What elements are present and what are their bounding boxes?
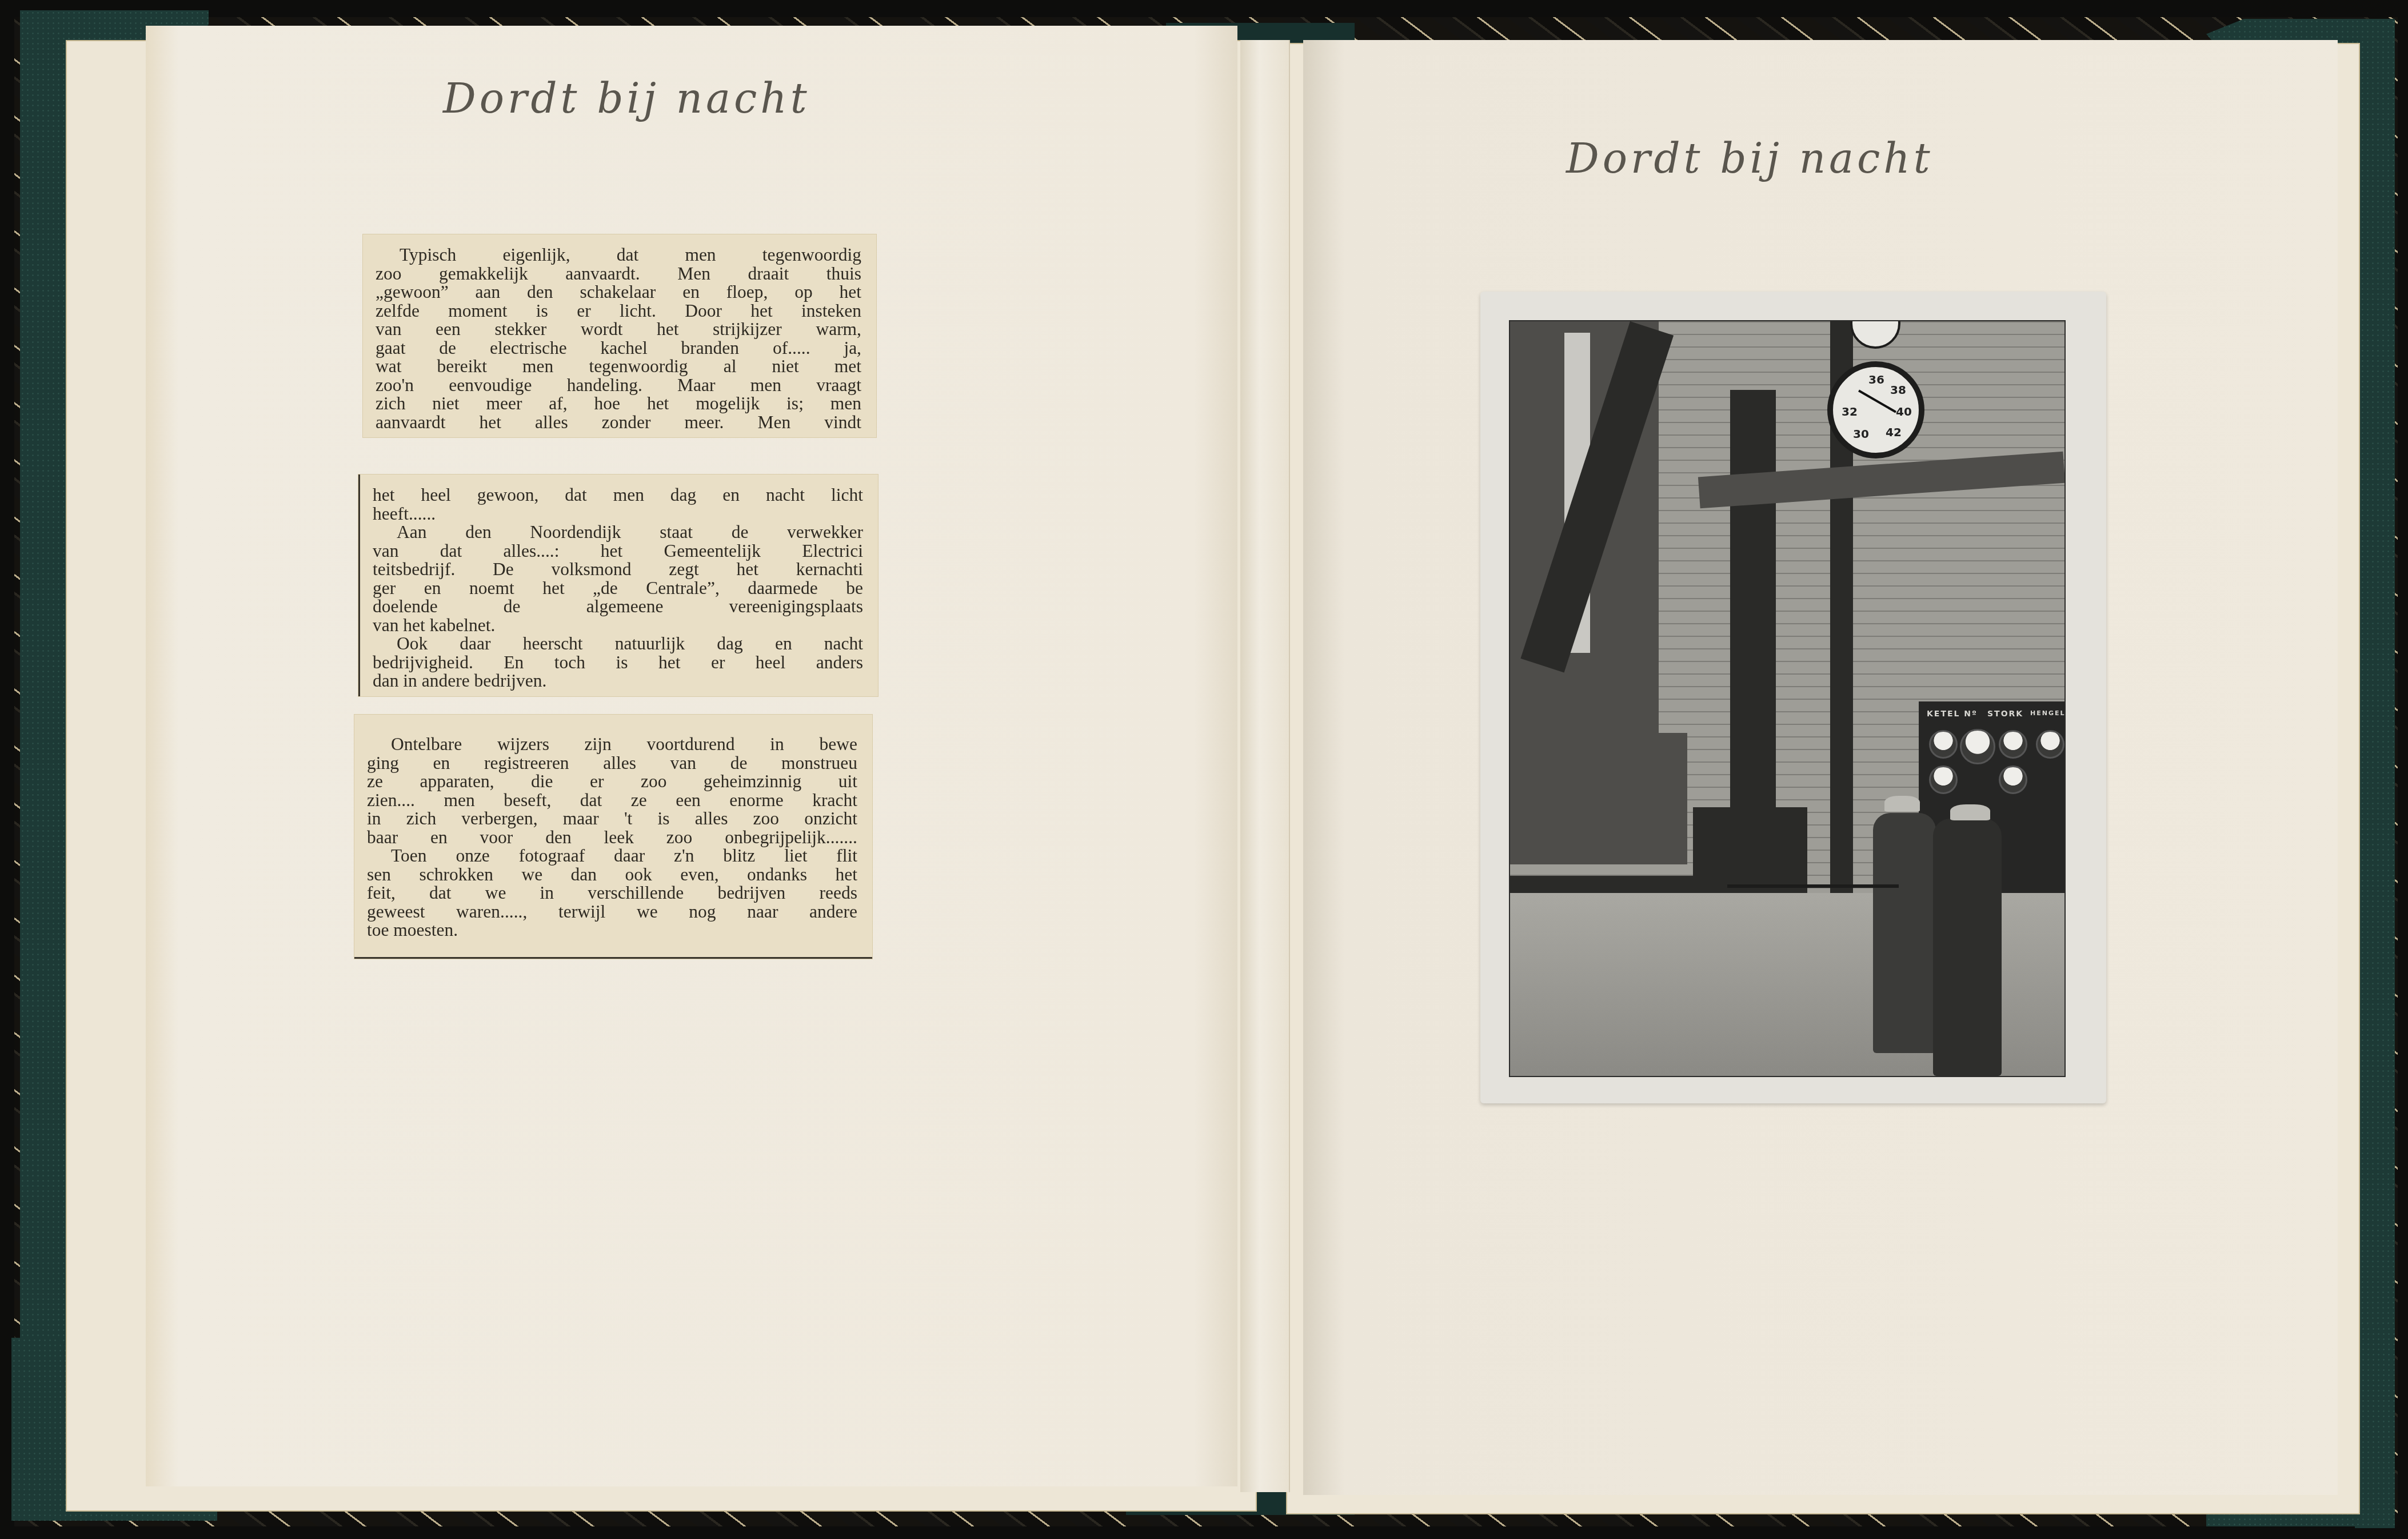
fire-rake (1727, 884, 1899, 888)
clip-line: zelfde moment is er licht. Door het inst… (376, 302, 861, 321)
gauge-number: 40 (1896, 405, 1912, 418)
gauge-number: 32 (1842, 405, 1858, 418)
meter (1929, 730, 1958, 759)
clip-line: het heel gewoon, dat men dag en nacht li… (373, 486, 863, 505)
gauge-number: 38 (1890, 383, 1906, 397)
clip-line: feit, dat we in verschillende bedrijven … (367, 884, 857, 903)
clip-line: Ontelbare wijzers zijn voortdurend in be… (367, 735, 857, 754)
worker-left-cap (1884, 796, 1920, 812)
newspaper-clipping-part-1: Typisch eigenlijk, dat men tegenwoordig … (363, 234, 876, 437)
meter (1999, 730, 2027, 759)
gutter-leaves (1240, 40, 1290, 1492)
pressure-gauge: 36 38 40 42 32 30 (1827, 361, 1924, 458)
clip-line: doelende de algemeene vereenigingsplaats (373, 597, 863, 616)
clip-line: zoo gemakkelijk aanvaardt. Men draait th… (376, 265, 861, 284)
clip-line: wat bereikt men tegenwoordig al niet met (376, 357, 861, 376)
clip-line: heeft...... (373, 505, 863, 524)
cloth-spine-left (20, 10, 66, 1520)
clip-line: in zich verbergen, maar 't is alles zoo … (367, 810, 857, 828)
clip-line: teitsbedrijf. De volksmond zegt het kern… (373, 560, 863, 579)
clip-line: Toen onze fotograaf daar z'n blitz liet … (367, 847, 857, 866)
clip-line: ging en registreeren alles van de monstr… (367, 754, 857, 773)
cloth-spine-right (2355, 19, 2395, 1528)
clip-line: van een stekker wordt het strijkijzer wa… (376, 320, 861, 339)
worker-left (1873, 813, 1936, 1053)
right-handwritten-title: Dordt bij nacht (1566, 134, 1934, 182)
clip-line: Ook daar heerscht natuurlijk dag en nach… (373, 635, 863, 653)
clip-line: zich niet meer af, hoe het mogelijk is; … (376, 394, 861, 413)
newspaper-clipping-part-3: Ontelbare wijzers zijn voortdurend in be… (354, 715, 872, 959)
meter (1929, 765, 1958, 794)
worker-right (1933, 819, 2002, 1076)
left-page: Dordt bij nacht Typisch eigenlijk, dat m… (146, 26, 1237, 1486)
clip-line: baar en voor den leek zoo onbegrijpelijk… (367, 828, 857, 847)
clip-line: gaat de electrische kachel branden of...… (376, 339, 861, 358)
clip-line: ze apparaten, die er zoo geheimzinnig ui… (367, 772, 857, 791)
panel-label-stork: STORK (1987, 709, 2023, 719)
gauge-number: 30 (1853, 427, 1869, 441)
boiler-room-photo: 36 38 40 42 32 30 KETEL Nº STORK HENGELO (1509, 320, 2066, 1077)
clip-line: Typisch eigenlijk, dat men tegenwoordig (376, 246, 861, 265)
meter (1999, 765, 2027, 794)
gauge-number: 42 (1886, 425, 1902, 439)
clip-line: ger en noemt het „de Centrale”, daarmede… (373, 579, 863, 598)
clip-line: zien.... men beseft, dat ze een enorme k… (367, 791, 857, 810)
gauge-number: 36 (1868, 373, 1884, 386)
boiler-hopper (1510, 733, 1687, 864)
clip-line: Aan den Noordendijk staat de verwekker (373, 523, 863, 542)
clip-line: dan in andere bedrijven. (373, 672, 863, 691)
meter (1960, 729, 1995, 764)
clip-line: sen schrokken we dan ook even, ondanks h… (367, 866, 857, 884)
clip-line: bedrijvigheid. En toch is het er heel an… (373, 653, 863, 672)
clip-line: „gewoon” aan den schakelaar en floep, op… (376, 283, 861, 302)
worker-right-cap (1950, 804, 1990, 820)
clip-line: zoo'n eenvoudige handeling. Maar men vra… (376, 376, 861, 395)
clip-line: geweest waren....., terwijl we nog naar … (367, 903, 857, 922)
clip-line: van het kabelnet. (373, 616, 863, 635)
panel-label-ketel: KETEL Nº (1927, 709, 1978, 719)
left-handwritten-title: Dordt bij nacht (443, 74, 810, 122)
clip-line: van dat alles....: het Gemeentelijk Elec… (373, 542, 863, 561)
clip-line: aanvaardt het alles zonder meer. Men vin… (376, 413, 861, 432)
panel-label-hengelo: HENGELO (2030, 709, 2066, 717)
meter (2036, 730, 2064, 759)
newspaper-clipping-part-2: het heel gewoon, dat men dag en nacht li… (358, 475, 878, 696)
clip-line: toe moesten. (367, 921, 857, 940)
